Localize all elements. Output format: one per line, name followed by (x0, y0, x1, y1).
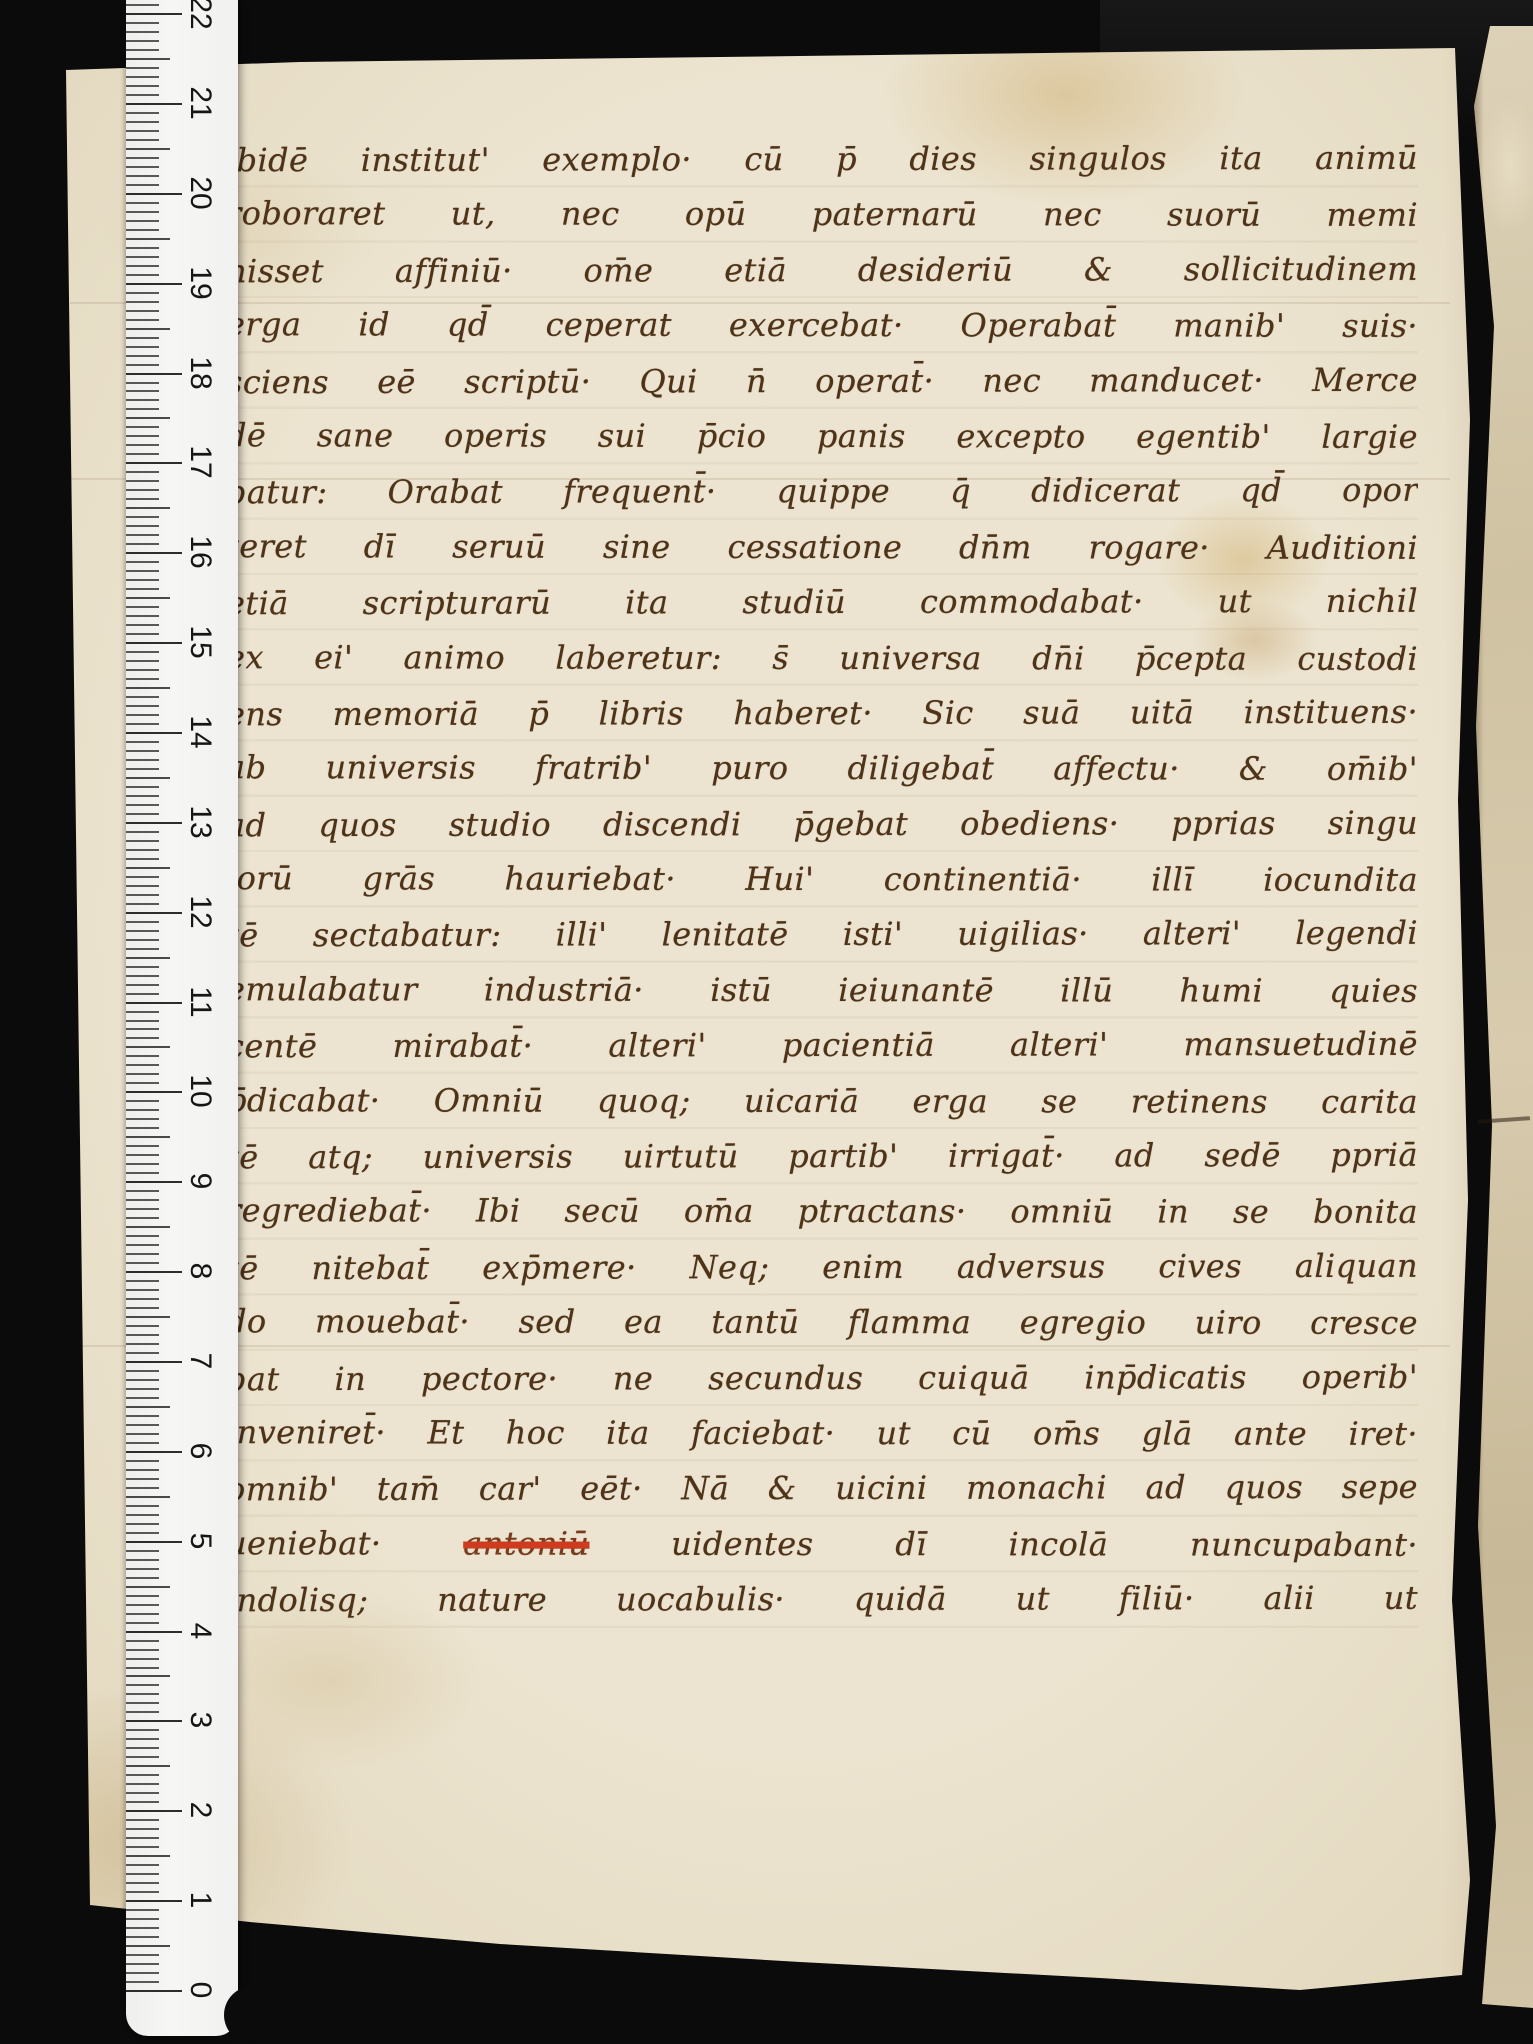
ruler-tick-minor (126, 984, 159, 986)
ruler-tick-minor (126, 831, 159, 833)
ruler-tick-minor (126, 1640, 159, 1642)
ruler-tick-minor (126, 1127, 159, 1129)
ruler-tick-minor (126, 615, 159, 617)
manuscript-line: batur: Orabat frequent̄· quippe q̄ didic… (226, 463, 1418, 521)
ruler-tick-minor (126, 678, 159, 680)
manuscript-line: bat in pectore· ne secundus cuiquā inp̄d… (226, 1349, 1418, 1407)
ruler-number: 10 (178, 1069, 222, 1113)
ruler-tick-minor (126, 1846, 159, 1848)
ruler-tick-major (126, 1181, 182, 1183)
ruler-tick-minor (126, 1783, 159, 1785)
ruler-number: 4 (178, 1609, 222, 1653)
ruler-number: 13 (178, 800, 222, 844)
ruler-tick-half (126, 148, 170, 150)
ruler: 012345678910111213141516171819202122 (126, 0, 238, 2036)
ruler-number: 8 (178, 1249, 222, 1293)
ruler-tick-half (126, 417, 170, 419)
manuscript-line: ad quos studio discendi p̄gebat obediens… (226, 795, 1418, 853)
ruler-tick-minor (126, 426, 159, 428)
line-text: ueniebat· (226, 1524, 463, 1562)
ruler-tick-minor (126, 975, 159, 977)
ruler-tick-minor (126, 1667, 159, 1669)
ruler-tick-major (126, 1810, 182, 1812)
ruler-tick-minor (126, 1280, 159, 1282)
ruler-tick-minor (126, 364, 159, 366)
ruler-number: 19 (178, 261, 222, 305)
ruler-number: 22 (178, 0, 222, 35)
ruler-tick-major (126, 1990, 182, 1992)
ruler-tick-minor (126, 1298, 159, 1300)
ruler-tick-minor (126, 759, 159, 761)
ruler-tick-half (126, 1586, 170, 1588)
manuscript-line: ab universis fratrib' puro diligebat̄ af… (226, 740, 1418, 797)
ruler-tick-minor (126, 1891, 159, 1893)
ruler-tick-minor (126, 1514, 159, 1516)
ruler-tick-minor (126, 804, 159, 806)
manuscript-line: ueniebat· antoniū uidentes dī incolā nun… (226, 1516, 1418, 1573)
ruler-tick-half (126, 1765, 170, 1767)
ruler-tick-minor (126, 1064, 159, 1066)
ruler-tick-minor (126, 1801, 159, 1803)
ruler-tick-minor (126, 346, 159, 348)
ruler-tick-minor (126, 1109, 159, 1111)
ruler-tick-minor (126, 319, 159, 321)
ruler-tick-minor (126, 453, 159, 455)
ruler-tick-minor (126, 579, 159, 581)
ruler-tick-minor (126, 220, 159, 222)
book-binding-edge (1470, 26, 1533, 2008)
ruler-tick-minor (126, 930, 159, 932)
manuscript-line: inveniret̄· Et hoc ita faciebat· ut cū o… (226, 1405, 1418, 1462)
ruler-tick-minor (126, 408, 159, 410)
ruler-tick-minor (126, 76, 159, 78)
ruler-tick-minor (126, 130, 159, 132)
ruler-tick-minor (126, 516, 159, 518)
ruler-number: 7 (178, 1339, 222, 1383)
ruler-tick-half (126, 867, 170, 869)
ruler-tick-minor (126, 1837, 159, 1839)
ruler-tick-minor (126, 1460, 159, 1462)
ruler-tick-minor (126, 1550, 159, 1552)
ruler-tick-minor (126, 1343, 159, 1345)
ruler-tick-minor (126, 1442, 159, 1444)
ruler-tick-minor (126, 274, 159, 276)
ruler-tick-minor (126, 1244, 159, 1246)
ruler-tick-minor (126, 166, 159, 168)
manuscript-line: teret dī seruū sine cessatione dn̄m roga… (226, 519, 1418, 576)
ruler-tick-minor (126, 1622, 159, 1624)
ruler-tick-minor (126, 1289, 159, 1291)
ruler-tick-minor (126, 1037, 159, 1039)
photo-stage: ibidē institut' exemplo· cū p̄ dies sing… (0, 0, 1533, 2044)
ruler-tick-minor (126, 750, 159, 752)
manuscript-line: emulabatur industriā· istū ieiunantē ill… (226, 962, 1418, 1019)
ruler-tick-minor (126, 1864, 159, 1866)
ruler-tick-minor (126, 1756, 159, 1758)
ruler-tick-minor (126, 1325, 159, 1327)
ruler-tick-minor (126, 768, 159, 770)
ruler-tick-half (126, 1136, 170, 1138)
ruler-tick-minor (126, 1208, 159, 1210)
ruler-tick-minor (126, 121, 159, 123)
ruler-tick-half (126, 687, 170, 689)
ruler-tick-minor (126, 1478, 159, 1480)
ruler-tick-half (126, 1496, 170, 1498)
ruler-tick-minor (126, 31, 159, 33)
ruler-tick-minor (126, 570, 159, 572)
ruler-tick-minor (126, 1702, 159, 1704)
ruler-tick-minor (126, 85, 159, 87)
ruler-tick-major (126, 373, 182, 375)
ruler-tick-minor (126, 94, 159, 96)
line-text: uidentes dī incolā nuncupabant· (589, 1524, 1418, 1563)
ruler-tick-minor (126, 1918, 159, 1920)
ruler-number: 12 (178, 890, 222, 934)
ruler-tick-half (126, 957, 170, 959)
ruler-tick-major (126, 1720, 182, 1722)
manuscript-line: nisset affiniū· om̄e etiā desideriū & so… (226, 242, 1418, 300)
ruler-tick-minor (126, 561, 159, 563)
ruler-tick-minor (126, 202, 159, 204)
manuscript-line: dē sane operis sui p̄cio panis excepto e… (226, 408, 1418, 465)
manuscript-line: roboraret ut, nec opū paternarū nec suor… (226, 187, 1418, 244)
ruler-tick-minor (126, 1729, 159, 1731)
ruler-tick-minor (126, 993, 159, 995)
ruler-tick-minor (126, 1559, 159, 1561)
manuscript-line: tē sectabatur: illi' lenitatē isti' uigi… (226, 906, 1418, 964)
ruler-tick-minor (126, 903, 159, 905)
ruler-tick-minor (126, 1020, 159, 1022)
ruler-tick-major (126, 1361, 182, 1363)
ruler-tick-minor (126, 399, 159, 401)
ruler-tick-minor (126, 337, 159, 339)
ruler-tick-half (126, 777, 170, 779)
ruler-tick-minor (126, 1505, 159, 1507)
ruler-tick-minor (126, 1577, 159, 1579)
ruler-tick-minor (126, 543, 159, 545)
ruler-tick-minor (126, 1199, 159, 1201)
ruler-tick-minor (126, 714, 159, 716)
ruler-tick-minor (126, 1190, 159, 1192)
manuscript-line: regrediebat̄· Ibi secū om̄a ptractans· o… (226, 1184, 1418, 1241)
ruler-tick-minor (126, 1352, 159, 1354)
ruler-tick-half (126, 597, 170, 599)
ruler-tick-half (126, 1226, 170, 1228)
ruler-number: 2 (178, 1788, 222, 1832)
ruler-tick-major (126, 13, 182, 15)
ruler-tick-major (126, 1091, 182, 1093)
ruler-tick-minor (126, 22, 159, 24)
ruler-tick-minor (126, 1873, 159, 1875)
ruler-tick-minor (126, 1334, 159, 1336)
ruler-tick-minor (126, 139, 159, 141)
ruler-tick-major (126, 462, 182, 464)
ruler-tick-minor (126, 382, 159, 384)
ruler-tick-major (126, 1631, 182, 1633)
ruler-tick-minor (126, 1028, 159, 1030)
ruler-tick-minor (126, 1882, 159, 1884)
ruler-tick-minor (126, 1658, 159, 1660)
ruler-tick-minor (126, 840, 159, 842)
manuscript-line: sciens eē scriptū· Qui n̄ operat̄· nec m… (226, 352, 1418, 410)
ruler-tick-minor (126, 1963, 159, 1965)
ruler-tick-minor (126, 1073, 159, 1075)
ruler-tick-half (126, 1046, 170, 1048)
ruler-tick-minor (126, 498, 159, 500)
ruler-tick-minor (126, 1154, 159, 1156)
ruler-tick-minor (126, 1235, 159, 1237)
ruler-tick-minor (126, 292, 159, 294)
ruler-tick-minor (126, 894, 159, 896)
ruler-number: 15 (178, 620, 222, 664)
ruler-tick-minor (126, 1172, 159, 1174)
ruler-number: 14 (178, 710, 222, 754)
manuscript-line: ens memoriā p̄ libris haberet· Sic suā u… (226, 685, 1418, 743)
ruler-tick-minor (126, 921, 159, 923)
ruler-tick-minor (126, 1613, 159, 1615)
ruler-tick-minor (126, 1927, 159, 1929)
ruler-tick-minor (126, 1082, 159, 1084)
ruler-tick-minor (126, 813, 159, 815)
ruler-tick-minor (126, 939, 159, 941)
ruler-tick-minor (126, 1649, 159, 1651)
ruler-tick-minor (126, 858, 159, 860)
ruler-tick-minor (126, 534, 159, 536)
ruler-tick-minor (126, 1163, 159, 1165)
ruler-tick-minor (126, 1145, 159, 1147)
ruler-tick-minor (126, 1684, 159, 1686)
ruler-tick-major (126, 103, 182, 105)
ruler-tick-minor (126, 175, 159, 177)
ruler-tick-minor (126, 1379, 159, 1381)
manuscript-line: p̄dicabat· Omniū quoq; uicariā erga se r… (226, 1073, 1418, 1130)
ruler-number: 9 (178, 1159, 222, 1203)
rubricated-word: antoniū (463, 1524, 589, 1562)
ruler-tick-major (126, 1541, 182, 1543)
ruler-tick-minor (126, 795, 159, 797)
ruler-tick-major (126, 1271, 182, 1273)
ruler-tick-minor (126, 1972, 159, 1974)
ruler-tick-minor (126, 1424, 159, 1426)
ruler-number: 16 (178, 530, 222, 574)
ruler-tick-minor (126, 211, 159, 213)
ruler-tick-minor (126, 49, 159, 51)
ruler-tick-minor (126, 849, 159, 851)
ruler-tick-major (126, 822, 182, 824)
ruler-number: 6 (178, 1429, 222, 1473)
manuscript-text-block: ibidē institut' exemplo· cū p̄ dies sing… (226, 132, 1418, 1628)
ruler-tick-minor (126, 1693, 159, 1695)
ruler-tick-minor (126, 1415, 159, 1417)
ruler-tick-major (126, 1900, 182, 1902)
ruler-hole (224, 1986, 282, 2044)
ruler-tick-minor (126, 1370, 159, 1372)
ruler-tick-minor (126, 229, 159, 231)
ruler-tick-major (126, 1002, 182, 1004)
ruler-tick-minor (126, 67, 159, 69)
ruler-tick-minor (126, 301, 159, 303)
manuscript-line: tē atq; universis uirtutū partib' irriga… (226, 1128, 1418, 1186)
ruler-tick-minor (126, 1828, 159, 1830)
ruler-tick-major (126, 283, 182, 285)
ruler-tick-minor (126, 256, 159, 258)
ruler-tick-minor (126, 651, 159, 653)
ruler-number: 11 (178, 980, 222, 1024)
ruler-tick-minor (126, 1747, 159, 1749)
ruler-tick-minor (126, 1523, 159, 1525)
ruler-tick-minor (126, 1792, 159, 1794)
ruler-tick-minor (126, 1055, 159, 1057)
ruler-tick-minor (126, 1604, 159, 1606)
ruler-tick-minor (126, 876, 159, 878)
ruler-tick-half (126, 1855, 170, 1857)
ruler-number: 18 (178, 351, 222, 395)
ruler-tick-minor (126, 1819, 159, 1821)
ruler-tick-minor (126, 157, 159, 159)
ruler-tick-minor (126, 1253, 159, 1255)
ruler-number: 21 (178, 81, 222, 125)
ruler-tick-minor (126, 480, 159, 482)
ruler-tick-minor (126, 633, 159, 635)
ruler-tick-minor (126, 1981, 159, 1983)
ruler-number: 1 (178, 1878, 222, 1922)
ruler-tick-minor (126, 741, 159, 743)
ruler-tick-minor (126, 471, 159, 473)
ruler-tick-minor (126, 435, 159, 437)
ruler-tick-minor (126, 525, 159, 527)
ruler-tick-minor (126, 1936, 159, 1938)
ruler-tick-minor (126, 948, 159, 950)
ruler-tick-major (126, 732, 182, 734)
ruler-number: 20 (178, 171, 222, 215)
ruler-tick-half (126, 238, 170, 240)
ruler-tick-minor (126, 1307, 159, 1309)
manuscript-line: do mouebat̄· sed ea tantū flamma egregio… (226, 1294, 1418, 1351)
ruler-tick-minor (126, 1262, 159, 1264)
ruler-tick-minor (126, 444, 159, 446)
ruler-tick-minor (126, 1217, 159, 1219)
ruler-number: 0 (178, 1968, 222, 2012)
ruler-tick-minor (126, 885, 159, 887)
ruler-tick-minor (126, 1118, 159, 1120)
ruler-tick-minor (126, 112, 159, 114)
ruler-tick-minor (126, 1397, 159, 1399)
ruler-tick-minor (126, 1909, 159, 1911)
ruler-tick-major (126, 1451, 182, 1453)
ruler-tick-minor (126, 966, 159, 968)
ruler-tick-half (126, 507, 170, 509)
ruler-tick-minor (126, 1774, 159, 1776)
ruler-tick-minor (126, 355, 159, 357)
manuscript-line: erga id qd̄ ceperat exercebat· Operabat̄… (226, 297, 1418, 354)
manuscript-line: omnib' tam̄ car' eēt· Nā & uicini monach… (226, 1460, 1418, 1518)
ruler-tick-minor (126, 624, 159, 626)
ruler-tick-minor (126, 1954, 159, 1956)
ruler-tick-half (126, 328, 170, 330)
ruler-tick-minor (126, 4, 159, 6)
ruler-tick-minor (126, 606, 159, 608)
ruler-tick-minor (126, 1568, 159, 1570)
ruler-tick-half (126, 1675, 170, 1677)
ruler-tick-minor (126, 1469, 159, 1471)
ruler-tick-minor (126, 588, 159, 590)
ruler-tick-minor (126, 1738, 159, 1740)
ruler-number: 17 (178, 440, 222, 484)
ruler-tick-minor (126, 390, 159, 392)
ruler-tick-half (126, 1316, 170, 1318)
ruler-tick-minor (126, 786, 159, 788)
ruler-tick-minor (126, 265, 159, 267)
ruler-number: 5 (178, 1519, 222, 1563)
ruler-tick-major (126, 642, 182, 644)
ruler-tick-minor (126, 310, 159, 312)
ruler-tick-minor (126, 40, 159, 42)
manuscript-line: ex ei' animo laberetur: s̄ universa dn̄i… (226, 630, 1418, 687)
ruler-tick-minor (126, 1388, 159, 1390)
ruler-tick-minor (126, 696, 159, 698)
ruler-tick-minor (126, 1011, 159, 1013)
ruler-tick-minor (126, 660, 159, 662)
manuscript-line: lorū grās hauriebat· Hui' continentiā· i… (226, 851, 1418, 908)
ruler-tick-major (126, 912, 182, 914)
manuscript-line: tē nitebat̄ exp̄mere· Neq; enim adversus… (226, 1239, 1418, 1297)
manuscript-line: ibidē institut' exemplo· cū p̄ dies sing… (226, 131, 1418, 189)
ruler-tick-minor (126, 1487, 159, 1489)
ruler-tick-minor (126, 489, 159, 491)
ruler-tick-minor (126, 1100, 159, 1102)
manuscript-line: indolisq; nature uocabulis· quidā ut fil… (226, 1571, 1418, 1629)
ruler-tick-minor (126, 705, 159, 707)
ruler-tick-minor (126, 247, 159, 249)
ruler-tick-half (126, 58, 170, 60)
ruler-tick-minor (126, 1711, 159, 1713)
ruler-tick-minor (126, 1433, 159, 1435)
ruler-tick-minor (126, 1595, 159, 1597)
ruler-tick-major (126, 193, 182, 195)
ruler-number: 3 (178, 1698, 222, 1742)
ruler-tick-half (126, 1406, 170, 1408)
ruler-tick-minor (126, 723, 159, 725)
ruler-tick-minor (126, 184, 159, 186)
manuscript-line: centē mirabat̄· alteri' pacientiā alteri… (226, 1017, 1418, 1075)
ruler-tick-minor (126, 669, 159, 671)
ruler-tick-half (126, 1945, 170, 1947)
manuscript-line: etiā scripturarū ita studiū commodabat· … (226, 574, 1418, 632)
ruler-tick-major (126, 552, 182, 554)
ruler-tick-minor (126, 1532, 159, 1534)
